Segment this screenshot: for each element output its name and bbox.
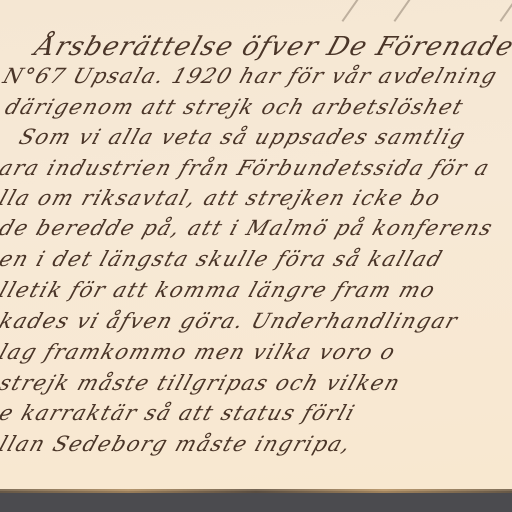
handwritten-line: strejk måste tillgripas och vilken: [0, 371, 404, 395]
handwritten-line-title: Årsberättelse öfver De Förenade F: [31, 32, 512, 62]
dark-backing-board: [0, 493, 512, 512]
handwritten-line: e karraktär så att status förli: [0, 401, 359, 425]
handwritten-line: lla om riksavtal, att strejken icke bo: [0, 186, 444, 210]
handwritten-line: därigenom att strejk och arbetslöshet: [2, 95, 467, 119]
handwritten-line: kades vi åfven göra. Underhandlingar: [0, 309, 462, 333]
handwritten-line: llan Sedeborg måste ingripa,: [0, 432, 355, 456]
handwritten-line: lag framkommo men vilka voro o: [0, 340, 399, 364]
handwritten-line: de beredde på, att i Malmö på konferens: [0, 216, 497, 240]
ascender-stroke: [394, 0, 413, 22]
ascender-stroke: [500, 0, 512, 22]
handwritten-line: en i det längsta skulle föra så kallad: [0, 247, 446, 271]
handwritten-line: ara industrien från Förbundetssida för a: [0, 156, 493, 180]
handwritten-line: Som vi alla veta så uppsades samtlig: [16, 125, 469, 149]
previous-line-ascenders: [330, 0, 512, 34]
ascender-stroke: [342, 0, 361, 22]
manuscript-page: Årsberättelse öfver De Förenade F N°67 U…: [0, 0, 512, 491]
handwritten-line: N°67 Upsala. 1920 har för vår avdelning: [0, 64, 501, 88]
handwritten-line: lletik för att komma längre fram mo: [0, 278, 439, 302]
